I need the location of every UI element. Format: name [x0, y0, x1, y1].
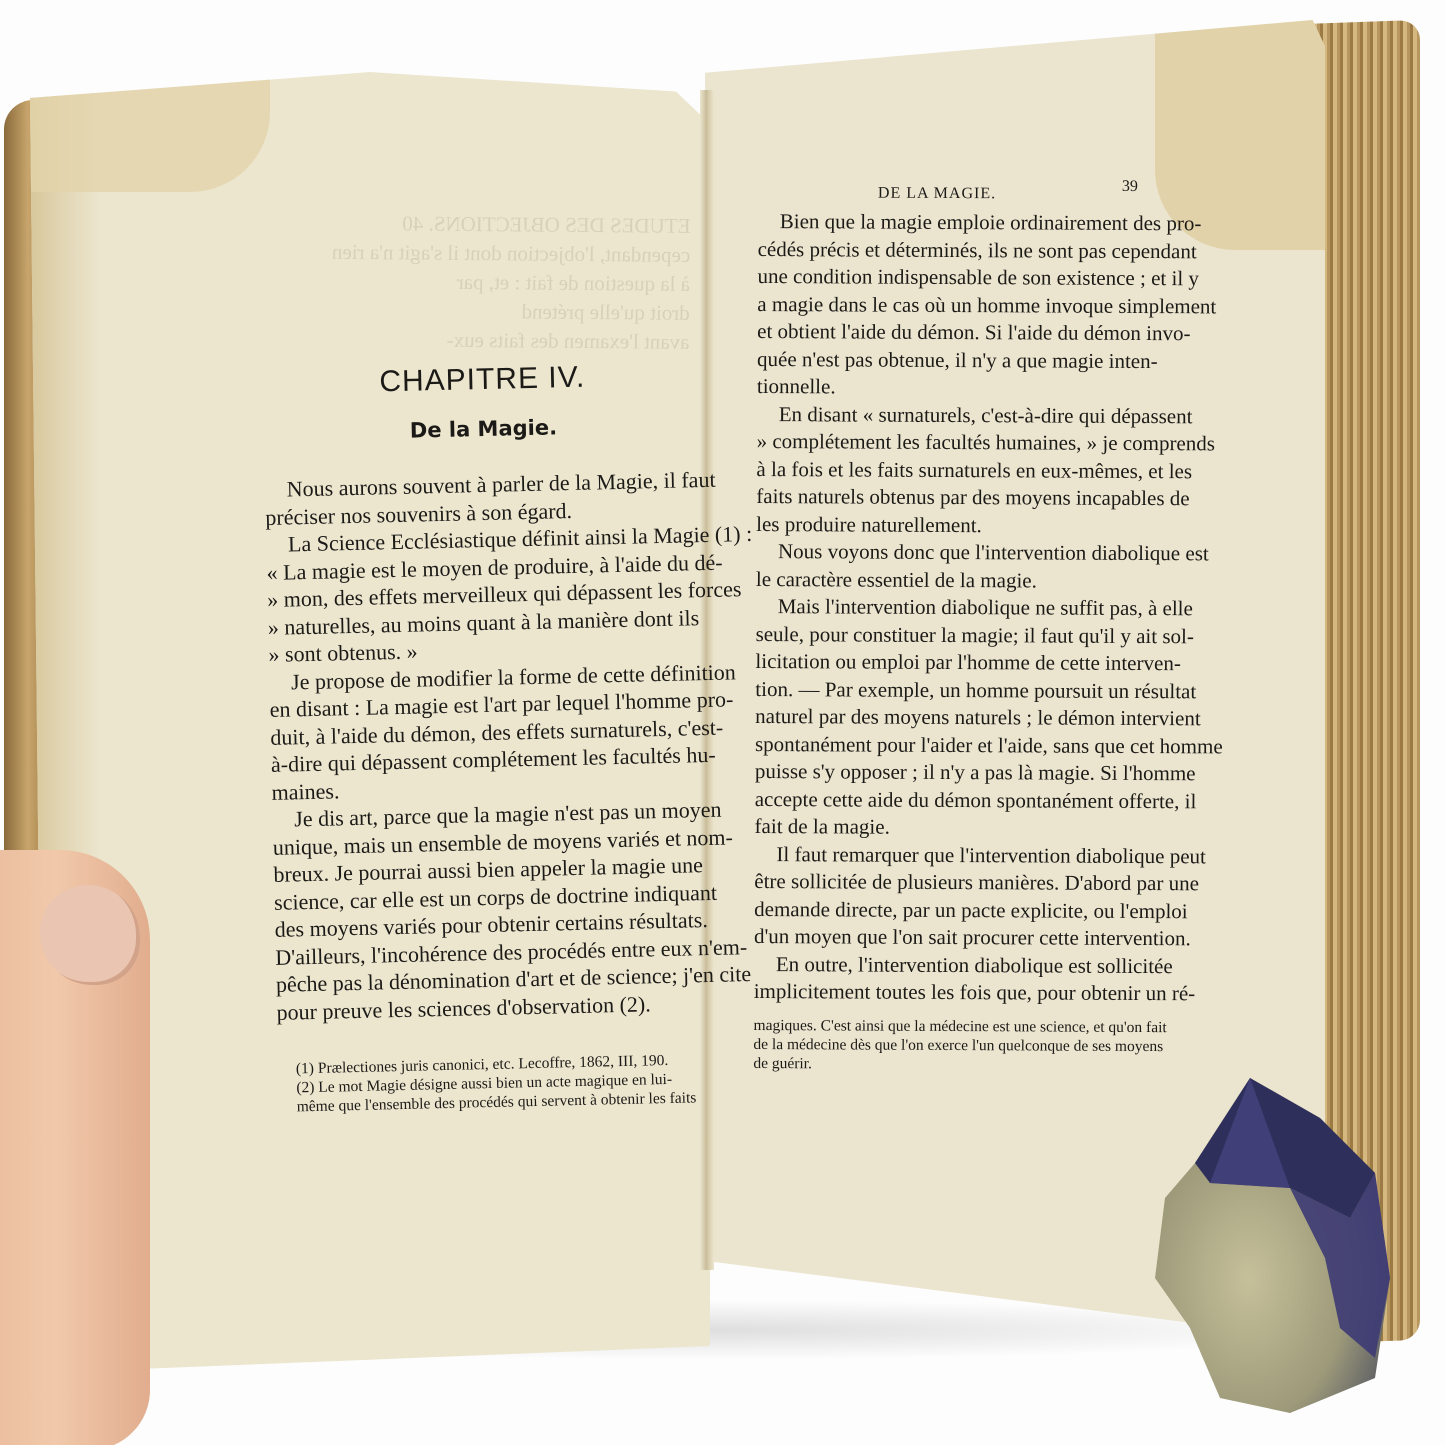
text-line: implicitement toutes les fois que, pour … [754, 978, 1134, 1007]
text-line: tion. — Par exemple, un homme poursuit u… [755, 675, 1135, 704]
text-line: et obtient l'aide du démon. Si l'aide du… [757, 318, 1137, 347]
text-line: Bien que la magie emploie ordinairement … [758, 208, 1138, 237]
text-line: Il faut remarquer que l'intervention dia… [754, 840, 1134, 869]
footnote: magiques. C'est ainsi que la médecine es… [754, 1015, 1134, 1036]
text-line: Mais l'intervention diabolique ne suffit… [756, 593, 1136, 622]
text-line: être sollicitée de plusieurs manières. D… [754, 868, 1134, 897]
text-line: tionnelle. [757, 373, 1137, 402]
footnotes: (1) Prælectiones juris canonici, etc. Le… [278, 1050, 719, 1117]
thumbnail [40, 885, 140, 985]
text-line: d'un moyen que l'on sait procurer cette … [754, 923, 1134, 952]
corner-stain [30, 72, 270, 192]
running-head-title: DE LA MAGIE. [878, 185, 996, 204]
right-page-text: DE LA MAGIE. 39 Bien que la magie emploi… [753, 176, 1138, 1074]
text-line: puisse s'y opposer ; il n'y a pas là mag… [755, 758, 1135, 787]
text-line: une condition indispensable de son exist… [757, 263, 1137, 292]
text-line: spontanément pour l'aider et l'aide, san… [755, 730, 1135, 759]
text-line: seule, pour constituer la magie; il faut… [756, 620, 1136, 649]
text-line: les produire naturellement. [756, 510, 1136, 539]
running-header: DE LA MAGIE. 39 [758, 176, 1138, 204]
text-line: En outre, l'intervention diabolique est … [754, 950, 1134, 979]
footnote: de guérir. [753, 1053, 1133, 1074]
section-title: De la Magie. [263, 412, 703, 446]
text-line: a magie dans le cas où un homme invoque … [757, 290, 1137, 319]
text-line: Nous voyons donc que l'intervention diab… [756, 538, 1136, 567]
text-line: cédés précis et déterminés, ils ne sont … [758, 235, 1138, 264]
text-line: licitation ou emploi par l'homme de cett… [755, 648, 1135, 677]
left-page-text: CHAPITRE IV. De la Magie. Nous aurons so… [262, 358, 719, 1117]
text-line: faits naturels obtenus par des moyens in… [756, 483, 1136, 512]
text-line: En disant « surnaturels, c'est-à-dire qu… [757, 400, 1137, 429]
text-line: le caractère essentiel de la magie. [756, 565, 1136, 594]
text-line: quée n'est pas obtenue, il n'y a que mag… [757, 345, 1137, 374]
footnotes: magiques. C'est ainsi que la médecine es… [753, 1015, 1133, 1074]
fluorite-crystal-icon [1150, 1078, 1395, 1413]
text-line: à la fois et les faits surnaturels en eu… [756, 455, 1136, 484]
photo-scene: ETUDES DES OBJECTIONS. 40 cependant, l'o… [0, 0, 1445, 1445]
text-line: fait de la magie. [755, 813, 1135, 842]
text-line: » complétement les facultés humaines, » … [757, 428, 1137, 457]
text-line: accepte cette aide du démon spontanément… [755, 785, 1135, 814]
text-line: demande directe, par un pacte explicite,… [754, 895, 1134, 924]
footnote: de la médecine dès que l'on exerce l'un … [753, 1034, 1133, 1055]
page-number: 39 [1122, 178, 1138, 204]
bleed-through-text: ETUDES DES OBJECTIONS. 40 cependant, l'o… [249, 208, 690, 357]
text-line: naturel par des moyens naturels ; le dém… [755, 703, 1135, 732]
